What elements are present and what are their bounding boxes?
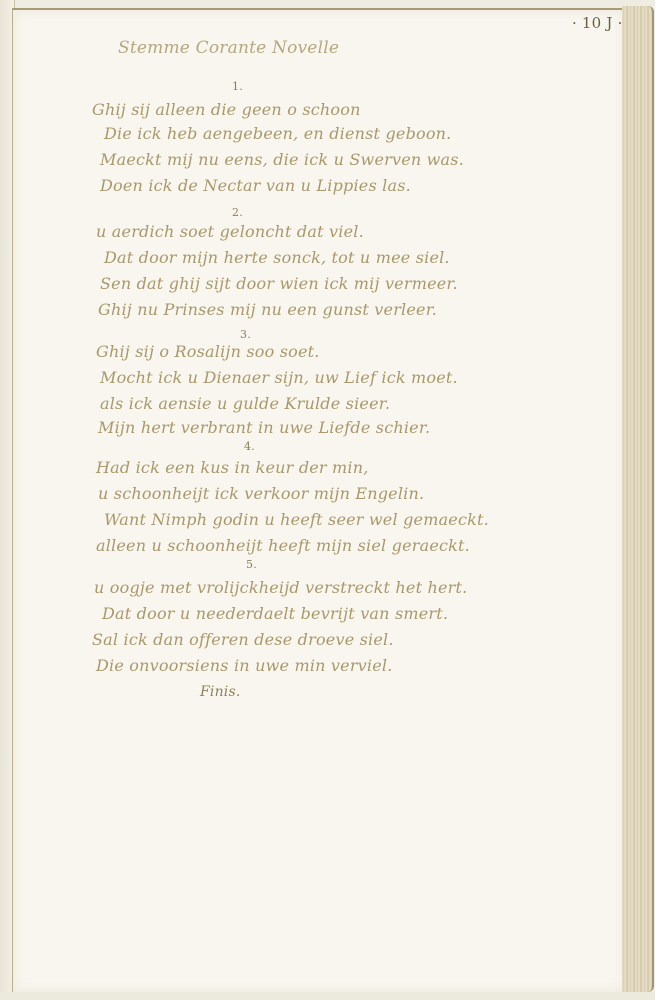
stanza-number: 3.: [240, 328, 251, 341]
book-fore-edge: [622, 6, 654, 992]
verse-line: Dat door u neederdaelt bevrijt van smert…: [102, 604, 448, 623]
stanza-number: 4.: [244, 440, 255, 453]
verse-line: Doen ick de Nectar van u Lippies las.: [100, 176, 411, 195]
stanza-number: 1.: [232, 80, 243, 93]
verse-line: Die ick heb aengebeen, en dienst geboon.: [104, 124, 451, 143]
verse-line: Had ick een kus in keur der min,: [96, 458, 369, 477]
verse-line: Sen dat ghij sijt door wien ick mij verm…: [100, 274, 458, 293]
song-title: Stemme Corante Novelle: [118, 38, 339, 58]
verse-line: Mijn hert verbrant in uwe Liefde schier.: [98, 418, 430, 437]
verse-line: Mocht ick u Dienaer sijn, uw Lief ick mo…: [100, 368, 458, 387]
bottom-margin: [0, 992, 655, 1000]
finis-closing: Finis.: [200, 684, 241, 700]
verse-line: Ghij sij o Rosalijn soo soet.: [96, 342, 320, 361]
verse-line: Dat door mijn herte sonck, tot u mee sie…: [104, 248, 450, 267]
verse-line: als ick aensie u gulde Krulde sieer.: [100, 394, 390, 413]
verse-line: Die onvoorsiens in uwe min verviel.: [96, 656, 393, 675]
verse-line: Ghij nu Prinses mij nu een gunst verleer…: [98, 300, 437, 319]
verse-line: u aerdich soet geloncht dat viel.: [96, 222, 364, 241]
verse-line: Want Nimph godin u heeft seer wel gemaec…: [104, 510, 489, 529]
verse-line: u schoonheijt ick verkoor mijn Engelin.: [98, 484, 424, 503]
verse-line: alleen u schoonheijt heeft mijn siel ger…: [96, 536, 470, 555]
folio-number: · 10 J ·: [572, 14, 623, 32]
verse-line: Ghij sij alleen die geen o schoon: [92, 100, 361, 119]
stanza-number: 5.: [246, 558, 257, 571]
stanza-number: 2.: [232, 206, 243, 219]
verse-line: Maeckt mij nu eens, die ick u Swerven wa…: [100, 150, 464, 169]
verse-line: Sal ick dan offeren dese droeve siel.: [92, 630, 394, 649]
verse-line: u oogje met vrolijckheijd verstreckt het…: [94, 578, 467, 597]
